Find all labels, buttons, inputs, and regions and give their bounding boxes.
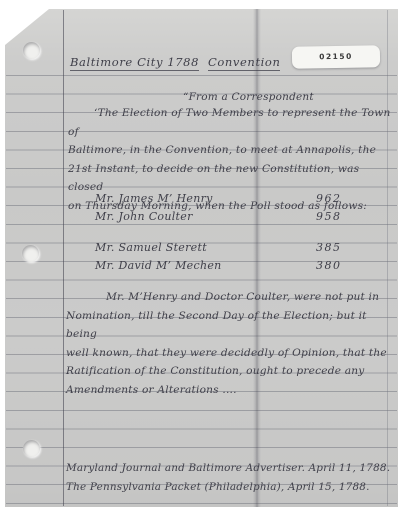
paragraph-line: Ratification of the Constitution, ought … (66, 362, 400, 381)
candidate-name: Mr. David M’ Mechen (95, 259, 222, 272)
vote-count: 380 (316, 259, 342, 272)
paragraph-line: Baltimore, in the Convention, to meet at… (68, 141, 398, 160)
byline: “From a Correspondent (183, 91, 314, 103)
vote-count: 962 (316, 192, 342, 205)
document-title: Baltimore City 1788 (70, 55, 199, 71)
tally-row: Mr. James M’ Henry 962 (95, 192, 345, 205)
document-title-convention: Convention (208, 55, 280, 71)
paragraph-line: Mr. M’Henry and Doctor Coulter, were not… (66, 288, 400, 307)
document-scan: 02150 Baltimore City 1788 Convention “Fr… (0, 0, 400, 512)
catalog-number-sticker: 02150 (292, 45, 380, 69)
source-citations: Maryland Journal and Baltimore Advertise… (66, 459, 390, 496)
margin-line (63, 10, 64, 506)
paragraph-line: well known, that they were decidedly of … (66, 344, 400, 363)
hole-punch-bottom (23, 440, 40, 457)
citation-line: The Pennsylvania Packet (Philadelphia), … (66, 478, 390, 497)
paper-right-edge (387, 10, 388, 506)
hole-punch-middle (22, 245, 39, 262)
tally-row: Mr. Samuel Sterett 385 (95, 241, 345, 254)
tally-row: Mr. John Coulter 958 (95, 210, 345, 223)
paragraph-line: ‘The Election of Two Members to represen… (68, 104, 398, 141)
citation-line: Maryland Journal and Baltimore Advertise… (66, 459, 390, 478)
vote-count: 958 (316, 210, 342, 223)
vote-count: 385 (316, 241, 342, 254)
tally-row: Mr. David M’ Mechen 380 (95, 259, 345, 272)
candidate-name: Mr. James M’ Henry (95, 192, 213, 205)
hole-punch-top (23, 42, 40, 59)
paragraph-line: Amendments or Alterations .... (66, 381, 400, 400)
paragraph-commentary: Mr. M’Henry and Doctor Coulter, were not… (66, 288, 400, 400)
candidate-name: Mr. John Coulter (95, 210, 193, 223)
paragraph-line: Nomination, till the Second Day of the E… (66, 307, 400, 344)
candidate-name: Mr. Samuel Sterett (95, 241, 207, 254)
